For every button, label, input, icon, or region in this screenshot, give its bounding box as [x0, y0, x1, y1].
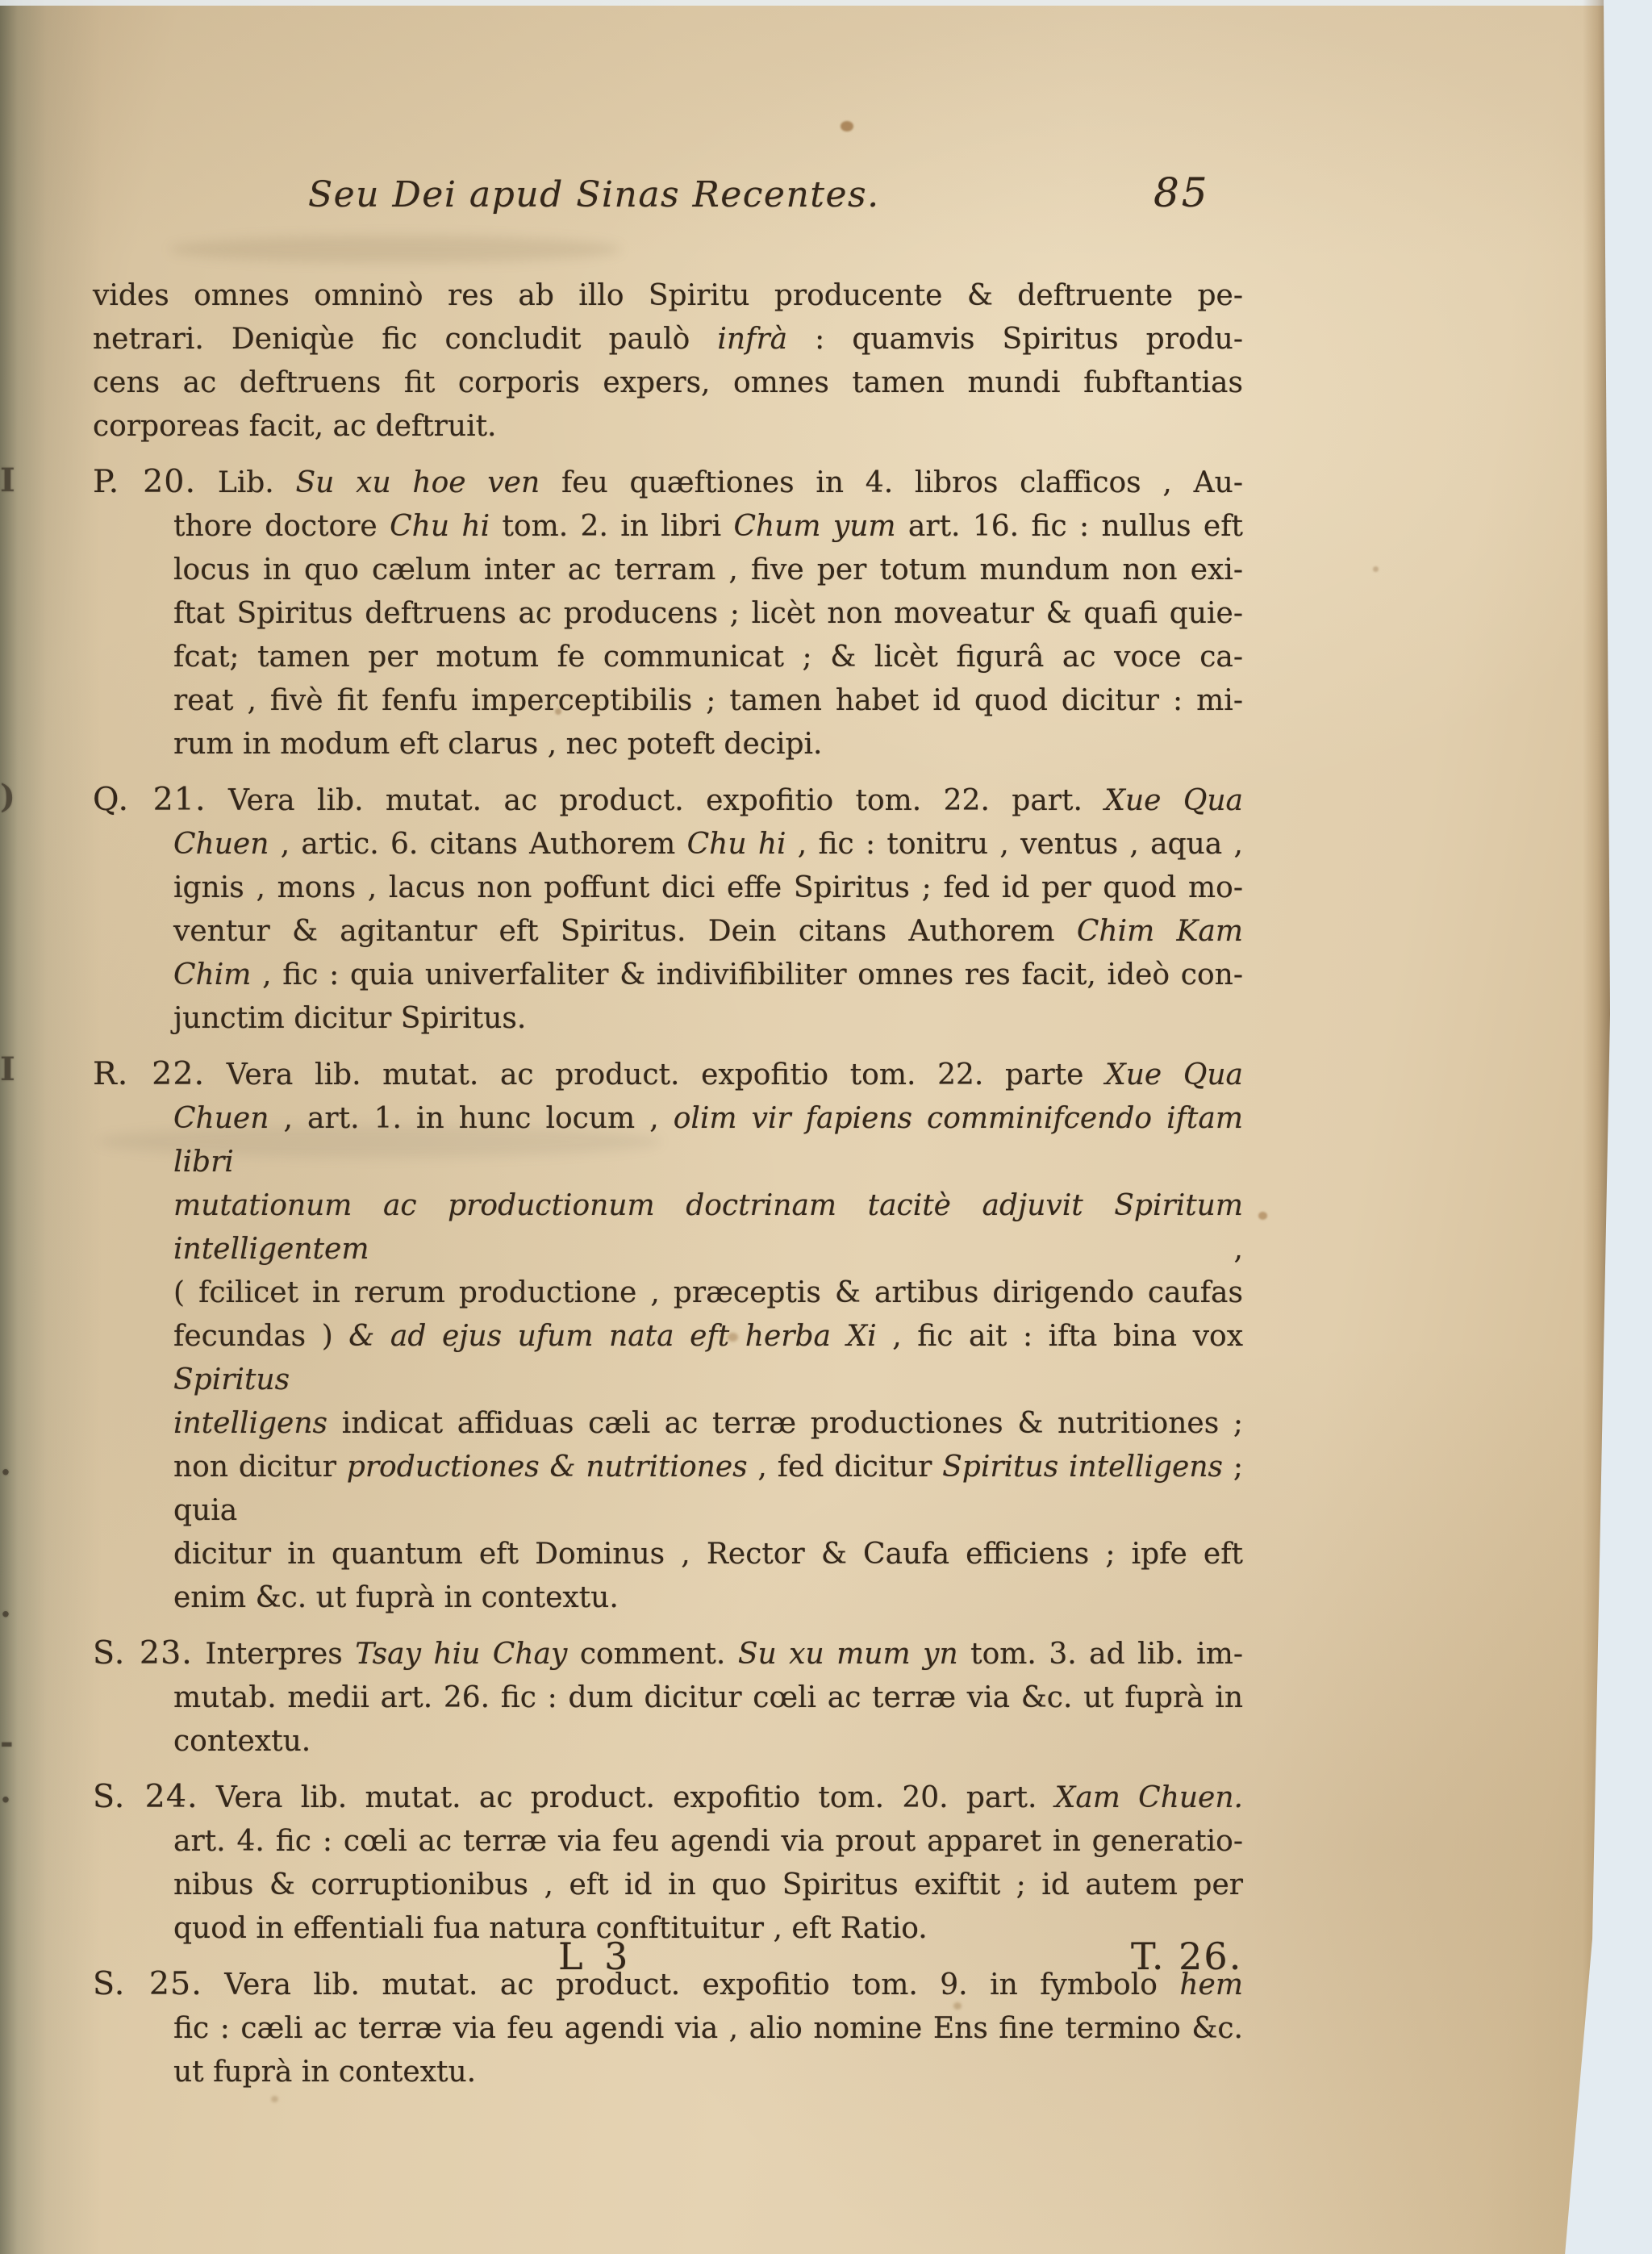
text-line: mutab. medii art. 26. fic : dum dicitur … [93, 1676, 1243, 1720]
bleed-through-mark: ) [0, 781, 24, 813]
signature-mark: L 3 [558, 1938, 632, 1975]
text-line: dicitur in quantum eft Dominus , Rector … [93, 1533, 1243, 1576]
text-line: ( fcilicet in rerum productione , præcep… [93, 1271, 1243, 1315]
bleed-through-mark: I [0, 1054, 24, 1086]
text-line: rum in modum eft clarus , nec poteft dec… [93, 723, 1243, 766]
text-line: quod in effentiali fua natura conftituit… [93, 1907, 1243, 1951]
text-line: R. 22. Vera lib. mutat. ac product. expo… [93, 1052, 1243, 1097]
text-line: locus in quo cælum inter ac terram , fiv… [93, 549, 1243, 592]
bleed-through-mark: · [0, 1457, 24, 1489]
stain [1258, 1212, 1267, 1220]
text-block: vides omnes omninò res ab illo Spiritu p… [93, 274, 1243, 2094]
show-through-smudge [169, 236, 621, 263]
margin-artifacts: I)I··-· [0, 0, 32, 2254]
text-line: reat , fivè fit fenfu imperceptibilis ; … [93, 679, 1243, 723]
paragraph: S. 23. Interpres Tsay hiu Chay comment. … [93, 1631, 1243, 1764]
text-line: S. 25. Vera lib. mutat. ac product. expo… [93, 1962, 1243, 2007]
text-line: contextu. [93, 1720, 1243, 1764]
text-line: mutationum ac productionum doctrinam tac… [93, 1184, 1243, 1271]
text-line: P. 20. Lib. Su xu hoe ven feu quæftiones… [93, 460, 1243, 505]
text-line: S. 23. Interpres Tsay hiu Chay comment. … [93, 1631, 1243, 1676]
stain [841, 121, 853, 131]
page-number: 85 [1153, 173, 1210, 213]
text-line: ut fuprà in contextu. [93, 2051, 1243, 2094]
scanned-book-page: Seu Dei apud Sinas Recentes. 85 vides om… [0, 0, 1652, 2254]
paragraph: P. 20. Lib. Su xu hoe ven feu quæftiones… [93, 460, 1243, 766]
text-line: cens ac deftruens fit corporis expers, o… [93, 361, 1243, 405]
paragraph: S. 24. Vera lib. mutat. ac product. expo… [93, 1775, 1243, 1951]
text-line: ventur & agitantur eft Spiritus. Dein ci… [93, 910, 1243, 954]
text-line: enim &c. ut fuprà in contextu. [93, 1576, 1243, 1620]
text-line: art. 4. fic : cœli ac terræ via feu agen… [93, 1820, 1243, 1864]
paragraph: vides omnes omninò res ab illo Spiritu p… [93, 274, 1243, 449]
text-line: fcat; tamen per motum fe communicat ; & … [93, 636, 1243, 679]
text-line: vides omnes omninò res ab illo Spiritu p… [93, 274, 1243, 318]
bleed-through-mark: · [0, 1599, 24, 1631]
tome-reference: T. 26. [1131, 1938, 1242, 1975]
text-line: Chuen , artic. 6. citans Authorem Chu hi… [93, 823, 1243, 866]
bleed-through-mark: · [0, 1784, 24, 1817]
text-line: Chim , fic : quia univerfaliter & indivi… [93, 954, 1243, 997]
text-line: non dicitur productiones & nutritiones ,… [93, 1446, 1243, 1533]
text-line: intelligens indicat affiduas cæli ac ter… [93, 1402, 1243, 1446]
text-line: fecundas ) & ad ejus ufum nata eft herba… [93, 1315, 1243, 1402]
bleed-through-mark: I [0, 465, 24, 497]
text-line: ftat Spiritus deftruens ac producens ; l… [93, 592, 1243, 636]
text-line: thore doctore Chu hi tom. 2. in libri Ch… [93, 505, 1243, 549]
paragraph: S. 25. Vera lib. mutat. ac product. expo… [93, 1962, 1243, 2094]
running-title: Seu Dei apud Sinas Recentes. [308, 176, 880, 215]
bleed-through-mark: - [0, 1726, 24, 1759]
paper: Seu Dei apud Sinas Recentes. 85 vides om… [0, 0, 1610, 2254]
text-line: Chuen , art. 1. in hunc locum , olim vir… [93, 1097, 1243, 1184]
scanner-edge-strip [0, 0, 1610, 6]
stain [1373, 566, 1379, 572]
text-line: netrari. Deniqùe fic concludit paulò inf… [93, 318, 1243, 361]
paragraph: R. 22. Vera lib. mutat. ac product. expo… [93, 1052, 1243, 1620]
text-line: fic : cæli ac terræ via feu agendi via ,… [93, 2007, 1243, 2051]
text-line: ignis , mons , lacus non poffunt dici ef… [93, 866, 1243, 910]
text-line: junctim dicitur Spiritus. [93, 997, 1243, 1041]
text-line: nibus & corruptionibus , eft id in quo S… [93, 1864, 1243, 1907]
paragraph: Q. 21. Vera lib. mutat. ac product. expo… [93, 778, 1243, 1041]
text-line: corporeas facit, ac deftruit. [93, 405, 1243, 449]
text-line: S. 24. Vera lib. mutat. ac product. expo… [93, 1775, 1243, 1820]
stain [271, 2096, 278, 2102]
text-line: Q. 21. Vera lib. mutat. ac product. expo… [93, 778, 1243, 823]
